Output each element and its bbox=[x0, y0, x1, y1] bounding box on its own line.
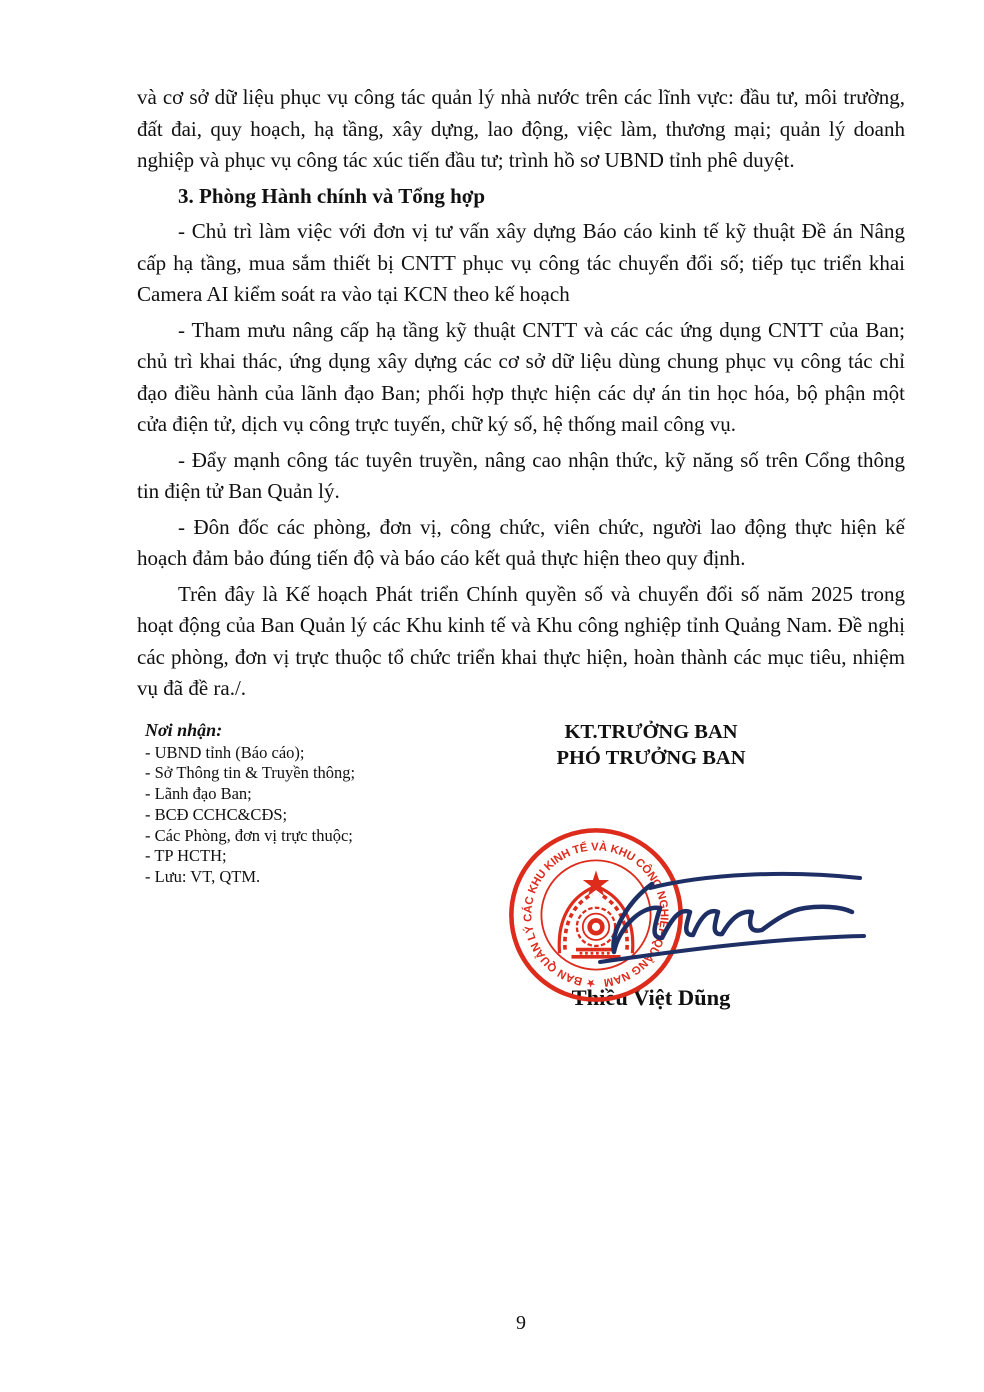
recipient-item: - UBND tỉnh (Báo cáo); bbox=[145, 743, 471, 764]
recipients-block: Nơi nhận: - UBND tỉnh (Báo cáo); - Sở Th… bbox=[137, 719, 471, 889]
paragraph: - Đôn đốc các phòng, đơn vị, công chức, … bbox=[137, 512, 905, 575]
section-heading: 3. Phòng Hành chính và Tổng hợp bbox=[137, 181, 905, 213]
recipient-item: - Lãnh đạo Ban; bbox=[145, 784, 471, 805]
recipient-item: - Sở Thông tin & Truyền thông; bbox=[145, 763, 471, 784]
paragraph: - Đẩy mạnh công tác tuyên truyền, nâng c… bbox=[137, 445, 905, 508]
recipient-item: - BCĐ CCHC&CĐS; bbox=[145, 805, 471, 826]
recipients-label: Nơi nhận: bbox=[145, 719, 471, 741]
document-page: và cơ sở dữ liệu phục vụ công tác quản l… bbox=[0, 0, 984, 1392]
signer-title-line2: PHÓ TRƯỞNG BAN bbox=[471, 745, 831, 771]
page-number: 9 bbox=[137, 1312, 905, 1335]
paragraph: và cơ sở dữ liệu phục vụ công tác quản l… bbox=[137, 82, 905, 177]
paragraph: - Tham mưu nâng cấp hạ tầng kỹ thuật CNT… bbox=[137, 315, 905, 441]
paragraph: Trên đây là Kế hoạch Phát triển Chính qu… bbox=[137, 579, 905, 705]
handwritten-signature bbox=[575, 858, 885, 978]
signer-title-line1: KT.TRƯỞNG BAN bbox=[471, 719, 831, 745]
recipient-item: - TP HCTH; bbox=[145, 846, 471, 867]
recipient-item: - Lưu: VT, QTM. bbox=[145, 867, 471, 888]
paragraph: - Chủ trì làm việc với đơn vị tư vấn xây… bbox=[137, 216, 905, 311]
recipient-item: - Các Phòng, đơn vị trực thuộc; bbox=[145, 826, 471, 847]
